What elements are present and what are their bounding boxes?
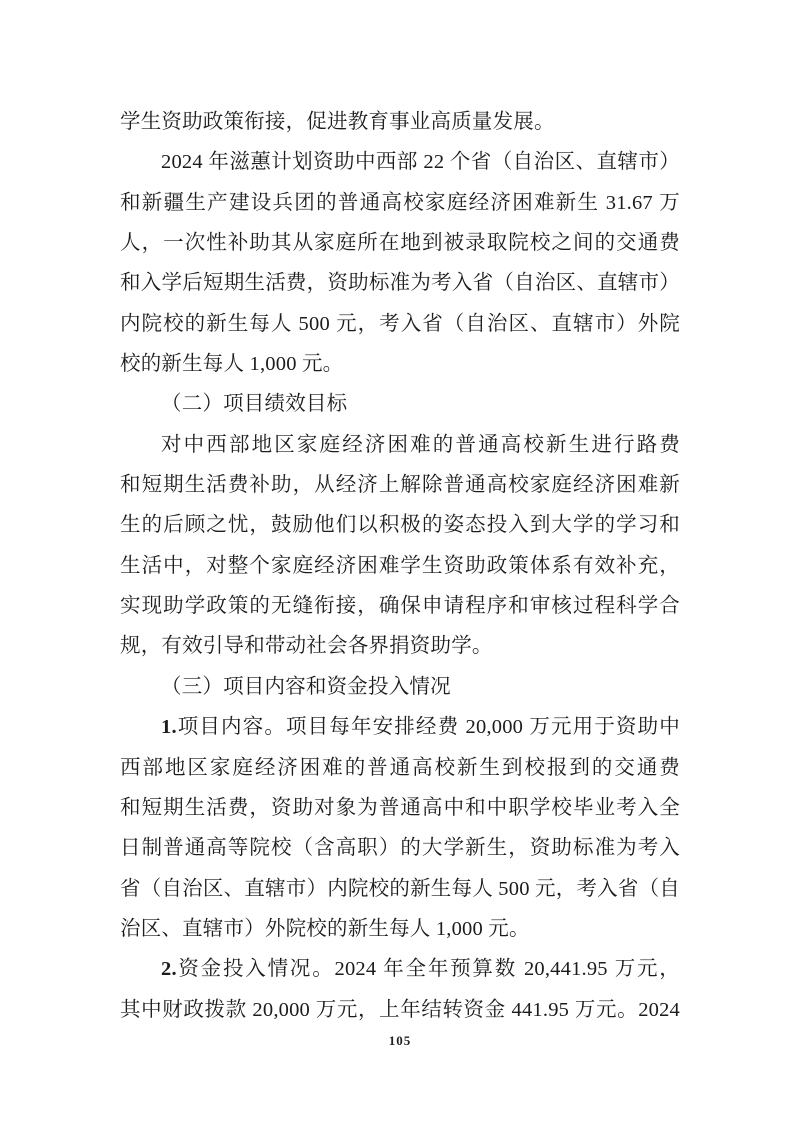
text-line: 对中西部地区家庭经济困难的普通高校新生进行路费 <box>120 425 680 465</box>
text-line: 其中财政拨款 20,000 万元，上年结转资金 441.95 万元。2024 <box>120 990 680 1030</box>
text-line: 和新疆生产建设兵团的普通高校家庭经济困难新生 31.67 万 <box>120 183 680 223</box>
list-number: 1. <box>161 716 177 738</box>
text-line: 西部地区家庭经济困难的普通高校新生到校报到的交通费 <box>120 748 680 788</box>
page-number: 105 <box>0 1033 800 1049</box>
text-line-content: 资金投入情况。2024 年全年预算数 20,441.95 万元， <box>177 958 680 980</box>
document-page: 学生资助政策衔接，促进教育事业高质量发展。 2024 年滋蕙计划资助中西部 22… <box>0 0 800 1131</box>
text-line: 人，一次性补助其从家庭所在地到被录取院校之间的交通费 <box>120 223 680 263</box>
text-line: 日制普通高等院校（含高职）的大学新生，资助标准为考入 <box>120 828 680 868</box>
text-line: 2024 年滋蕙计划资助中西部 22 个省（自治区、直辖市） <box>120 142 680 182</box>
text-line: 省（自治区、直辖市）内院校的新生每人 500 元，考入省（自 <box>120 869 680 909</box>
text-line: 1.项目内容。项目每年安排经费 20,000 万元用于资助中 <box>120 707 680 747</box>
text-line: 2.资金投入情况。2024 年全年预算数 20,441.95 万元， <box>120 949 680 989</box>
text-line: 实现助学政策的无缝衔接，确保申请程序和审核过程科学合 <box>120 586 680 626</box>
text-line: 治区、直辖市）外院校的新生每人 1,000 元。 <box>120 909 680 949</box>
list-number: 2. <box>161 958 177 980</box>
text-line: 和短期生活费补助，从经济上解除普通高校家庭经济困难新 <box>120 465 680 505</box>
text-line: 规，有效引导和带动社会各界捐资助学。 <box>120 626 680 666</box>
text-line: 内院校的新生每人 500 元，考入省（自治区、直辖市）外院 <box>120 304 680 344</box>
text-line: 学生资助政策衔接，促进教育事业高质量发展。 <box>120 102 680 142</box>
text-line-content: 项目内容。项目每年安排经费 20,000 万元用于资助中 <box>177 716 680 738</box>
body-text: 学生资助政策衔接，促进教育事业高质量发展。 2024 年滋蕙计划资助中西部 22… <box>120 102 680 1030</box>
text-line: 生的后顾之忧，鼓励他们以积极的姿态投入到大学的学习和 <box>120 505 680 545</box>
section-heading: （二）项目绩效目标 <box>120 384 680 424</box>
text-line: 生活中，对整个家庭经济困难学生资助政策体系有效补充， <box>120 546 680 586</box>
text-line: 校的新生每人 1,000 元。 <box>120 344 680 384</box>
text-line: 和入学后短期生活费，资助标准为考入省（自治区、直辖市） <box>120 263 680 303</box>
text-line: 和短期生活费，资助对象为普通高中和中职学校毕业考入全 <box>120 788 680 828</box>
section-heading: （三）项目内容和资金投入情况 <box>120 667 680 707</box>
